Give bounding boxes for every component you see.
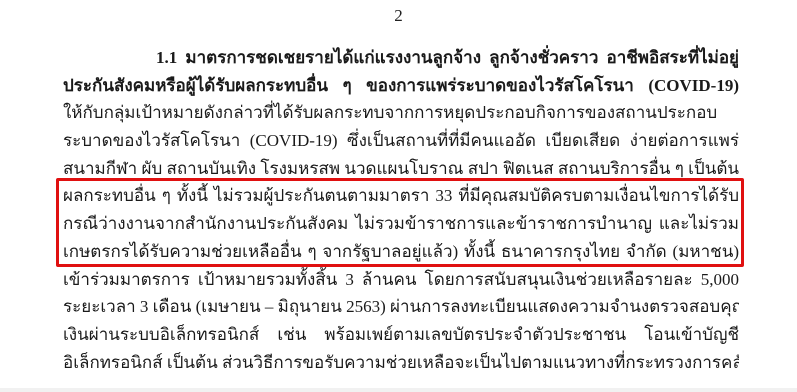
line-normal-text: กรณีว่างงานจากสำนักงานประกันสังคม ไม่รวม… xyxy=(63,214,739,238)
line-normal-text: เข้าร่วมมาตรการ เป้าหมายรวมทั้งสิ้น 3 ล้… xyxy=(63,270,739,294)
line-normal-text: ผลกระทบอื่น ๆ ทั้งนี้ ไม่รวมผู้ประกันตนต… xyxy=(63,186,739,210)
line-normal-text: สนามกีฬา ผับ สถานบันเทิง โรงมหรสพ นวดแผน… xyxy=(63,159,739,183)
paragraph-line-highlighted: กรณีว่างงานจากสำนักงานประกันสังคม ไม่รวม… xyxy=(63,210,739,238)
line-normal-text: เงินผ่านระบบอิเล็กทรอนิกส์ เช่น พร้อมเพย… xyxy=(63,325,739,349)
paragraph-line: เงินผ่านระบบอิเล็กทรอนิกส์ เช่น พร้อมเพย… xyxy=(63,321,739,349)
page-number: 2 xyxy=(0,6,797,26)
paragraph-line: อิเล็กทรอนิกส์ เป็นต้น ส่วนวิธีการขอรับค… xyxy=(63,349,739,377)
page-bottom-edge xyxy=(0,388,797,392)
paragraph-line: ให้กับกลุ่มเป้าหมายดังกล่าวที่ได้รับผลกร… xyxy=(63,99,739,127)
line-normal-text: ให้กับกลุ่มเป้าหมายดังกล่าวที่ได้รับผลกร… xyxy=(63,103,717,127)
heading-line-1: 1.1 มาตรการชดเชยรายได้แก่แรงงานลูกจ้าง ล… xyxy=(63,44,739,72)
heading-line-2: ประกันสังคมหรือผู้ได้รับผลกระทบอื่น ๆ ขอ… xyxy=(63,72,739,100)
line-normal-text: เกษตรกรได้รับความช่วยเหลืออื่น ๆ จากรัฐบ… xyxy=(63,242,739,266)
heading-bold-text: 1.1 มาตรการชดเชยรายได้แก่แรงงานลูกจ้าง ล… xyxy=(63,48,739,72)
line-normal-text: ระยะเวลา 3 เดือน (เมษายน – มิถุนายน 2563… xyxy=(63,297,739,316)
heading-bold-text: ประกันสังคมหรือผู้ได้รับผลกระทบอื่น ๆ ขอ… xyxy=(63,76,739,95)
paragraph-line-highlighted: ผลกระทบอื่น ๆ ทั้งนี้ ไม่รวมผู้ประกันตนต… xyxy=(63,182,739,210)
paragraph-line: เข้าร่วมมาตรการ เป้าหมายรวมทั้งสิ้น 3 ล้… xyxy=(63,266,739,294)
paragraph-line-highlighted: เกษตรกรได้รับความช่วยเหลืออื่น ๆ จากรัฐบ… xyxy=(63,238,739,266)
document-body: 1.1 มาตรการชดเชยรายได้แก่แรงงานลูกจ้าง ล… xyxy=(63,44,739,376)
paragraph-line: ระยะเวลา 3 เดือน (เมษายน – มิถุนายน 2563… xyxy=(63,293,739,321)
line-normal-text: อิเล็กทรอนิกส์ เป็นต้น ส่วนวิธีการขอรับค… xyxy=(63,353,739,372)
document-page: 2 1.1 มาตรการชดเชยรายได้แก่แรงงานลูกจ้าง… xyxy=(0,0,797,392)
paragraph-line: สนามกีฬา ผับ สถานบันเทิง โรงมหรสพ นวดแผน… xyxy=(63,155,739,183)
line-normal-text: ระบาดของไวรัสโคโรนา (COVID-19) ซึ่งเป็นส… xyxy=(63,131,739,155)
paragraph-line: ระบาดของไวรัสโคโรนา (COVID-19) ซึ่งเป็นส… xyxy=(63,127,739,155)
